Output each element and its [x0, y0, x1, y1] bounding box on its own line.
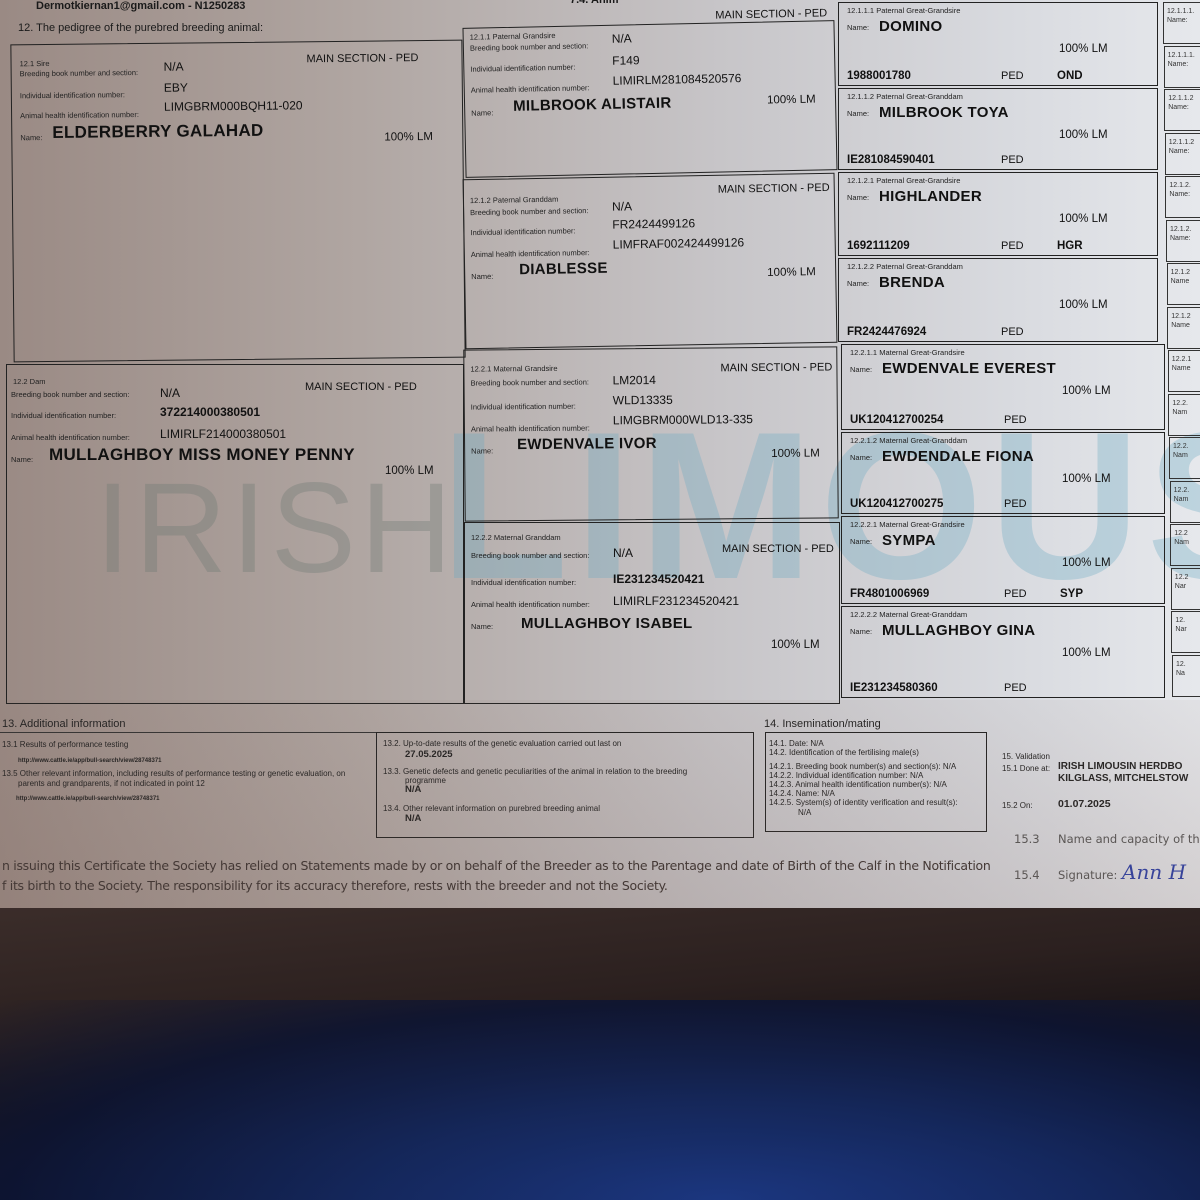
- cutoff-ancestor-cell: 12.1.1.2Name:: [1164, 89, 1200, 131]
- great-grandparent-id: 1988001780: [847, 70, 911, 82]
- name-label: Name:: [20, 133, 42, 142]
- item-15-3-label: Name and capacity of th: [1058, 834, 1200, 844]
- great-grandparent-section: PED: [1004, 588, 1027, 600]
- grandparent-breeding-book: N/A: [613, 546, 633, 560]
- great-grandparent-box: 12.2.2.1 Maternal Great-Grandsire Name: …: [841, 516, 1165, 604]
- dam-animal-health-id: LIMIRLF214000380501: [160, 427, 286, 441]
- validation-date: 01.07.2025: [1058, 799, 1111, 809]
- dam-individual-id: 372214000380501: [160, 405, 260, 419]
- cutoff-ancestor-cell: 12.2.Nam: [1170, 481, 1200, 523]
- cutoff-ancestor-title: 12.2.1: [1169, 355, 1200, 364]
- grandparent-main-section: MAIN SECTION - PED: [715, 7, 827, 21]
- great-grandparent-box: 12.1.2.2 Paternal Great-Granddam Name: B…: [838, 258, 1158, 342]
- item-15-4-number: 15.4: [1014, 870, 1040, 880]
- great-grandparent-section: PED: [1001, 240, 1024, 252]
- cutoff-ancestor-cell: 12.1.2.Name:: [1166, 220, 1200, 262]
- name-label: Name:: [847, 109, 869, 118]
- individual-id-label: Individual identification number:: [11, 411, 116, 420]
- great-grandparent-section: PED: [1001, 154, 1024, 166]
- item-13-5: 13.5 Other relevant information, includi…: [2, 769, 345, 779]
- great-grandparent-title: 12.1.2.1 Paternal Great-Grandsire: [847, 176, 960, 185]
- animal-health-id-label: Animal health identification number:: [471, 248, 590, 259]
- cutoff-ancestor-title: 12.1.1.1.: [1165, 51, 1200, 60]
- cutoff-ancestor-cell: 12.2.1Name: [1168, 350, 1200, 392]
- divider: [0, 732, 380, 733]
- grandparent-breeding-book: N/A: [612, 199, 632, 213]
- breeding-book-label: Breeding book number and section:: [471, 378, 589, 388]
- cutoff-ancestor-cell: 12.Na: [1172, 655, 1200, 697]
- insemination-line: N/A: [798, 808, 811, 818]
- individual-id-label: Individual identification number:: [470, 63, 575, 74]
- great-grandparent-code: HGR: [1057, 240, 1083, 252]
- name-label: Name:: [847, 193, 869, 202]
- validation-heading: 15. Validation: [1002, 752, 1050, 762]
- cutoff-ancestor-cell: 12.1.2Name: [1167, 263, 1200, 305]
- done-at-label: 15.1 Done at:: [1002, 764, 1050, 774]
- cutoff-ancestor-title: 12.1.1.1.: [1164, 7, 1200, 16]
- great-grandparent-percentage: 100% LM: [1059, 299, 1108, 311]
- breeding-book-label: Breeding book number and section:: [11, 390, 129, 399]
- great-grandparent-title: 12.2.2.2 Maternal Great-Granddam: [850, 610, 967, 619]
- done-at-address: KILGLASS, MITCHELSTOW: [1058, 774, 1188, 784]
- cutoff-ancestor-cell: 12.1.1.1.Name:: [1163, 2, 1200, 44]
- sire-box: 12.1 Sire Breeding book number and secti…: [10, 40, 465, 363]
- genetic-evaluation-box: 13.2. Up-to-date results of the genetic …: [376, 732, 754, 838]
- great-grandparent-box: 12.1.2.1 Paternal Great-Grandsire Name: …: [838, 172, 1158, 256]
- cutoff-ancestor-title: 12.: [1172, 616, 1200, 625]
- great-grandparent-percentage: 100% LM: [1062, 557, 1111, 569]
- other-info-value: N/A: [405, 814, 421, 824]
- insemination-box: 14.1. Date: N/A14.2. Identification of t…: [765, 732, 987, 832]
- great-grandparent-percentage: 100% LM: [1062, 647, 1111, 659]
- cutoff-ancestor-cell: 12.2.Nam: [1168, 394, 1200, 436]
- cutoff-ancestor-cell: 12.2.Nam: [1169, 437, 1200, 479]
- cutoff-ancestor-name-label: Name:: [1165, 60, 1200, 69]
- great-grandparent-box: 12.2.2.2 Maternal Great-Granddam Name: M…: [841, 606, 1165, 698]
- grandparent-percentage: 100% LM: [771, 639, 820, 651]
- great-grandparent-section: PED: [1004, 498, 1027, 510]
- breeder-email-line: Dermotkiernan1@gmail.com - N1250283: [36, 0, 245, 12]
- item-13-1: 13.1 Results of performance testing: [2, 740, 128, 750]
- cutoff-ancestor-name-label: Name: [1169, 364, 1200, 373]
- grandparent-animal-health-id: LIMIRLM281084520576: [612, 71, 741, 88]
- great-grandparent-id: FR4801006969: [850, 588, 929, 600]
- grandparent-individual-id: WLD13335: [613, 393, 673, 408]
- animal-health-id-label: Animal health identification number:: [471, 424, 590, 434]
- signature: Ann H: [1122, 860, 1186, 884]
- item-13-5-cont: parents and grandparents, if not indicat…: [18, 779, 205, 789]
- name-label: Name:: [471, 272, 493, 281]
- additional-info-heading: 13. Additional information: [2, 719, 126, 729]
- dam-title: 12.2 Dam: [13, 377, 46, 386]
- great-grandparent-section: PED: [1004, 414, 1027, 426]
- cutoff-ancestor-title: 12.1.2: [1168, 312, 1200, 321]
- link-13-1[interactable]: http://www.cattle.ie/app/bull-search/vie…: [18, 756, 162, 766]
- grandparent-breeding-book: N/A: [612, 31, 632, 45]
- paternal-granddam-box: 12.1.2 Paternal Granddam Breeding book n…: [463, 173, 838, 349]
- name-label: Name:: [471, 622, 493, 631]
- great-grandparent-percentage: 100% LM: [1059, 129, 1108, 141]
- grandparent-individual-id: F149: [612, 53, 640, 68]
- great-grandparent-box: 12.1.1.1 Paternal Great-Grandsire Name: …: [838, 2, 1158, 86]
- cut-heading: 7.4. Anim: [570, 0, 619, 6]
- cutoff-ancestor-title: 12.2: [1171, 529, 1200, 538]
- cutoff-ancestor-name-label: Name:: [1167, 234, 1200, 243]
- cutoff-ancestor-title: 12.2.: [1171, 486, 1200, 495]
- sire-animal-health-id: LIMGBRM000BQH11-020: [164, 98, 303, 113]
- great-grandparent-section: PED: [1001, 326, 1024, 338]
- great-grandparent-name: EWDENVALE EVEREST: [882, 360, 1056, 377]
- cutoff-ancestor-name-label: Name:: [1164, 16, 1200, 25]
- item-15-3-number: 15.3: [1014, 834, 1040, 844]
- animal-health-id-label: Animal health identification number:: [20, 110, 139, 120]
- great-grandparent-box: 12.1.1.2 Paternal Great-Granddam Name: M…: [838, 88, 1158, 170]
- cutoff-ancestor-name-label: Nam: [1171, 495, 1200, 504]
- dam-name: MULLAGHBOY MISS MONEY PENNY: [49, 445, 355, 465]
- cutoff-ancestor-name-label: Name:: [1166, 190, 1200, 199]
- grandparent-main-section: MAIN SECTION - PED: [720, 361, 832, 374]
- great-grandparent-percentage: 100% LM: [1059, 213, 1108, 225]
- name-label: Name:: [471, 108, 493, 117]
- individual-id-label: Individual identification number:: [470, 226, 575, 237]
- name-label: Name:: [850, 627, 872, 636]
- grandparent-individual-id: FR2424499126: [612, 216, 695, 231]
- grandparent-individual-id: IE231234520421: [613, 572, 704, 586]
- grandparent-animal-health-id: LIMFRAF002424499126: [613, 235, 745, 251]
- great-grandparent-id: 1692111209: [847, 240, 910, 252]
- breeding-book-label: Breeding book number and section:: [471, 551, 589, 560]
- genetic-evaluation-date: 27.05.2025: [405, 750, 453, 760]
- great-grandparent-title: 12.1.1.2 Paternal Great-Granddam: [847, 92, 963, 101]
- great-grandparent-name: DOMINO: [879, 18, 942, 35]
- grandparent-main-section: MAIN SECTION - PED: [722, 543, 834, 555]
- item-13-2: 13.2. Up-to-date results of the genetic …: [383, 739, 621, 749]
- grandparent-percentage: 100% LM: [771, 448, 820, 460]
- disclaimer-line-2: f its birth to the Society. The responsi…: [2, 878, 668, 893]
- grandparent-percentage: 100% LM: [767, 266, 816, 279]
- animal-health-id-label: Animal health identification number:: [471, 600, 590, 609]
- cutoff-ancestor-name-label: Name: [1168, 321, 1200, 330]
- cutoff-ancestor-title: 12.2: [1172, 573, 1200, 582]
- great-grandparent-title: 12.2.1.1 Maternal Great-Grandsire: [850, 348, 965, 357]
- name-label: Name:: [11, 455, 33, 464]
- insemination-heading: 14. Insemination/mating: [764, 719, 881, 729]
- great-grandparent-box: 12.2.1.1 Maternal Great-Grandsire Name: …: [841, 344, 1165, 430]
- animal-health-id-label: Animal health identification number:: [471, 83, 590, 94]
- sire-name: ELDERBERRY GALAHAD: [52, 121, 264, 143]
- cutoff-ancestor-cell: 12.2Nam: [1170, 524, 1200, 566]
- great-grandparent-id: IE281084590401: [847, 154, 935, 166]
- cutoff-ancestor-cell: 12.2Nar: [1171, 568, 1200, 610]
- great-grandparent-id: UK120412700254: [850, 414, 943, 426]
- grandparent-breeding-book: LM2014: [612, 373, 655, 387]
- insemination-line: 14.2.5. System(s) of identity verificati…: [769, 798, 958, 808]
- great-grandparent-id: IE231234580360: [850, 682, 938, 694]
- cutoff-ancestor-title: 12.1.2.: [1166, 181, 1200, 190]
- great-grandparent-name: MILBROOK TOYA: [879, 104, 1009, 121]
- maternal-grandsire-box: 12.2.1 Maternal Grandsire Breeding book …: [463, 346, 838, 521]
- great-grandparent-name: BRENDA: [879, 274, 945, 291]
- breeding-book-label: Breeding book number and section:: [470, 206, 589, 217]
- individual-id-label: Individual identification number:: [471, 578, 576, 587]
- grandparent-title: 12.2.2 Maternal Granddam: [471, 533, 561, 542]
- great-grandparent-title: 12.2.1.2 Maternal Great-Granddam: [850, 436, 967, 445]
- cutoff-ancestor-title: 12.: [1173, 660, 1200, 669]
- cutoff-ancestor-name-label: Name: [1168, 277, 1200, 286]
- cutoff-ancestor-title: 12.1.1.2: [1165, 94, 1200, 103]
- cutoff-ancestor-name-label: Nam: [1171, 538, 1200, 547]
- grandparent-percentage: 100% LM: [767, 94, 816, 107]
- grandparent-title: 12.1.1 Paternal Grandsire: [470, 31, 556, 42]
- sire-breeding-book: N/A: [164, 60, 184, 74]
- great-grandparent-name: SYMPA: [882, 532, 936, 549]
- cutoff-ancestor-cell: 12.1.1.1.Name:: [1164, 46, 1200, 88]
- great-grandparent-code: OND: [1057, 70, 1083, 82]
- individual-id-label: Individual identification number:: [471, 402, 576, 412]
- animal-health-id-label: Animal health identification number:: [11, 433, 130, 442]
- individual-id-label: Individual identification number:: [20, 90, 125, 100]
- cutoff-ancestor-name-label: Name:: [1166, 147, 1200, 156]
- cutoff-ancestor-cell: 12.1.2.Name:: [1165, 176, 1200, 218]
- dam-box: 12.2 Dam Breeding book number and sectio…: [6, 364, 464, 704]
- sire-title: 12.1 Sire: [20, 59, 50, 68]
- cutoff-ancestor-title: 12.1.1.2: [1166, 138, 1200, 147]
- cutoff-ancestor-cell: 12.1.2Name: [1167, 307, 1200, 349]
- great-grandparent-code: SYP: [1060, 588, 1083, 600]
- sire-main-section: MAIN SECTION - PED: [306, 52, 418, 65]
- name-label: Name:: [847, 279, 869, 288]
- sire-individual-id: EBY: [164, 81, 188, 95]
- cutoff-ancestor-cell: 12.1.1.2Name:: [1165, 133, 1200, 175]
- cutoff-ancestor-name-label: Na: [1173, 669, 1200, 678]
- grandparent-animal-health-id: LIMGBRM000WLD13-335: [613, 412, 753, 427]
- link-13-5[interactable]: http://www.cattle.ie/app/bull-search/vie…: [16, 794, 160, 804]
- paternal-grandsire-box: 12.1.1 Paternal Grandsire Breeding book …: [462, 20, 837, 178]
- grandparent-name: MULLAGHBOY ISABEL: [521, 615, 693, 632]
- great-grandparent-title: 12.1.2.2 Paternal Great-Granddam: [847, 262, 963, 271]
- cutoff-ancestor-title: 12.2.: [1169, 399, 1200, 408]
- cutoff-ancestor-name-label: Nam: [1170, 451, 1200, 460]
- great-grandparent-title: 12.2.2.1 Maternal Great-Grandsire: [850, 520, 965, 529]
- grandparent-animal-health-id: LIMIRLF231234520421: [613, 594, 739, 608]
- great-grandparent-title: 12.1.1.1 Paternal Great-Grandsire: [847, 6, 960, 15]
- blue-cloth-background: [0, 1000, 1200, 1200]
- cutoff-ancestor-name-label: Nam: [1169, 408, 1200, 417]
- cutoff-ancestor-name-label: Nar: [1172, 625, 1200, 634]
- name-label: Name:: [850, 365, 872, 374]
- dam-main-section: MAIN SECTION - PED: [305, 381, 417, 393]
- grandparent-name: MILBROOK ALISTAIR: [513, 95, 672, 115]
- great-grandparent-box: 12.2.1.2 Maternal Great-Granddam Name: E…: [841, 432, 1165, 514]
- cutoff-ancestor-cell: 12.Nar: [1171, 611, 1200, 653]
- cutoff-ancestor-name-label: Nar: [1172, 582, 1200, 591]
- great-grandparent-id: FR2424476924: [847, 326, 926, 338]
- great-grandparent-name: MULLAGHBOY GINA: [882, 622, 1035, 639]
- grandparent-main-section: MAIN SECTION - PED: [718, 182, 830, 196]
- name-label: Name:: [850, 453, 872, 462]
- grandparent-title: 12.1.2 Paternal Granddam: [470, 195, 559, 206]
- cutoff-ancestor-title: 12.2.: [1170, 442, 1200, 451]
- great-grandparent-percentage: 100% LM: [1059, 43, 1108, 55]
- name-label: Name:: [850, 537, 872, 546]
- great-grandparent-id: UK120412700275: [850, 498, 943, 510]
- genetic-defects-value: N/A: [405, 785, 421, 795]
- grandparent-name: EWDENVALE IVOR: [517, 435, 657, 453]
- great-grandparent-section: PED: [1004, 682, 1027, 694]
- great-grandparent-section: PED: [1001, 70, 1024, 82]
- insemination-line: 14.2. Identification of the fertilising …: [769, 748, 919, 758]
- done-at-value: IRISH LIMOUSIN HERDBO: [1058, 762, 1182, 772]
- grandparent-name: DIABLESSE: [519, 260, 608, 279]
- signature-label: Signature:: [1058, 870, 1117, 880]
- sire-percentage: 100% LM: [384, 131, 433, 144]
- great-grandparent-name: EWDENDALE FIONA: [882, 448, 1034, 465]
- name-label: Name:: [847, 23, 869, 32]
- cutoff-ancestor-name-label: Name:: [1165, 103, 1200, 112]
- maternal-granddam-box: 12.2.2 Maternal Granddam Breeding book n…: [464, 522, 840, 704]
- cutoff-ancestor-title: 12.1.2.: [1167, 225, 1200, 234]
- section-title: 12. The pedigree of the purebred breedin…: [18, 22, 263, 34]
- dam-percentage: 100% LM: [385, 465, 434, 477]
- disclaimer-line-1: n issuing this Certificate the Society h…: [2, 858, 991, 873]
- breeding-book-label: Breeding book number and section:: [20, 68, 139, 78]
- on-label: 15.2 On:: [1002, 801, 1033, 811]
- great-grandparent-percentage: 100% LM: [1062, 473, 1111, 485]
- name-label: Name:: [471, 446, 493, 455]
- great-grandparent-name: HIGHLANDER: [879, 188, 982, 205]
- grandparent-title: 12.2.1 Maternal Grandsire: [470, 364, 557, 374]
- pedigree-certificate: IRISH LIMOUS 7.4. Anim Dermotkiernan1@gm…: [0, 0, 1200, 908]
- cutoff-ancestor-title: 12.1.2: [1168, 268, 1200, 277]
- dam-breeding-book: N/A: [160, 386, 180, 400]
- great-grandparent-percentage: 100% LM: [1062, 385, 1111, 397]
- breeding-book-label: Breeding book number and section:: [470, 41, 589, 52]
